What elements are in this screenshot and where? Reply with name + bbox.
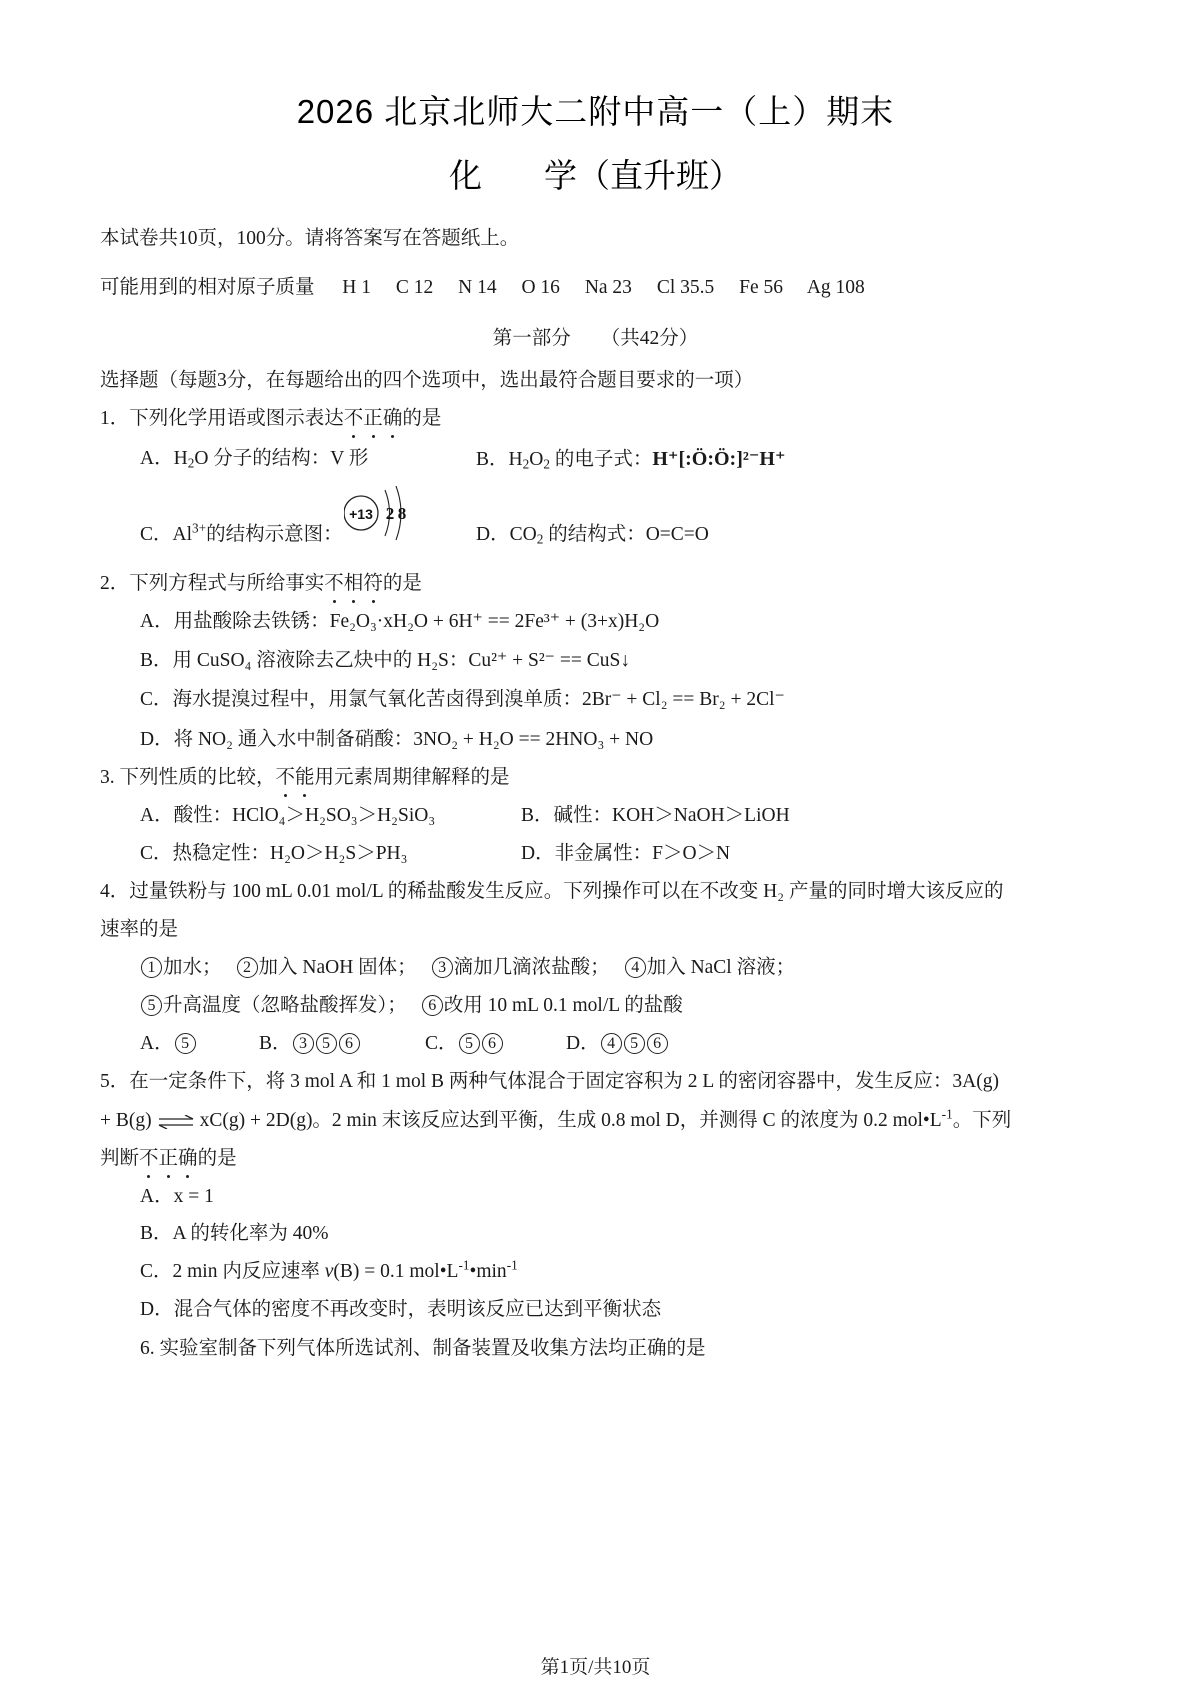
electron-formula: H⁺[:Ö:Ö:]²⁻H⁺	[652, 448, 785, 470]
option-label: B．	[140, 650, 173, 671]
formula-part: O	[529, 449, 543, 470]
option-text: 用 CuSO₄ 溶液除去乙炔中的 H₂S：Cu²⁺ + S²⁻ == CuS↓	[173, 650, 631, 671]
atomic-mass-label: 可能用到的相对原子质量	[100, 277, 315, 298]
emphasis-char: 正	[159, 1146, 179, 1172]
q1-option-d[interactable]: D．CO2 的结构式：O=C=O	[476, 522, 709, 548]
emphasis-char: 不	[324, 571, 344, 597]
stem-text: 下列方程式与所给事实	[129, 573, 324, 594]
circled-number: 5	[316, 1033, 337, 1054]
option-text: 碱性：KOH＞NaOH＞LiOH	[554, 805, 790, 826]
option-label: C．	[140, 524, 173, 545]
emphasis-char: 能	[295, 765, 315, 791]
emphasis-char: 正	[363, 406, 383, 432]
page-indicator: 第1页/共10页	[0, 1652, 1191, 1679]
option-label: B．	[259, 1033, 292, 1054]
operation-text: 加入 NaCl 溶液；	[647, 957, 795, 978]
q3-option-d[interactable]: D．非金属性：F＞O＞N	[521, 841, 730, 867]
option-label: A．	[140, 1033, 174, 1054]
option-text: 非金属性：F＞O＞N	[555, 843, 731, 864]
formula-part: H	[174, 448, 188, 469]
q4-operations-row2: 5升高温度（忽略盐酸挥发）；6改用 10 mL 0.1 mol/L 的盐酸	[140, 993, 683, 1019]
q5-option-a[interactable]: A．x = 1	[140, 1184, 214, 1210]
atomic-mass-c: C 12	[396, 277, 433, 298]
question-1-stem: 1．下列化学用语或图示表达不正确的是	[100, 406, 441, 432]
operation-text: 加入 NaOH 固体；	[259, 957, 417, 978]
option-text: x = 1	[174, 1186, 214, 1207]
emphasis-char: 不	[344, 406, 364, 432]
subject-part2: 学（直升班）	[544, 157, 742, 194]
atomic-mass-na: Na 23	[585, 277, 632, 298]
option-label: A．	[140, 805, 174, 826]
emphasis-char: 确	[383, 406, 403, 432]
svg-text:8: 8	[398, 504, 407, 523]
question-number: 2．	[100, 573, 129, 594]
option-text: 的结构示意图：	[206, 524, 343, 545]
stem-text: + B(g)	[100, 1110, 152, 1131]
question-number: 5．	[100, 1071, 129, 1092]
exam-instructions: 本试卷共10页，100分。请将答案写在答题纸上。	[100, 226, 519, 252]
stem-text: 在一定条件下，将 3 mol A 和 1 mol B 两种气体混合于固定容积为 …	[129, 1071, 999, 1092]
q2-option-b[interactable]: B．用 CuSO₄ 溶液除去乙炔中的 H₂S：Cu²⁺ + S²⁻ == CuS…	[140, 648, 630, 674]
option-text: (B) = 0.1 mol•L	[333, 1261, 458, 1282]
atomic-mass-h: H 1	[342, 277, 371, 298]
option-text: 将 NO₂ 通入水中制备硝酸：3NO₂ + H₂O == 2HNO₃ + NO	[174, 729, 654, 750]
section-instructions: 选择题（每题3分，在每题给出的四个选项中，选出最符合题目要求的一项）	[100, 368, 753, 394]
stem-text: 下列性质的比较，	[120, 767, 276, 788]
operation-text: 升高温度（忽略盐酸挥发）；	[163, 995, 407, 1016]
superscript: -1	[458, 1258, 469, 1273]
circled-number: 1	[141, 957, 162, 978]
option-label: B．	[140, 1223, 173, 1244]
option-text: 用盐酸除去铁锈：Fe₂O₃·xH₂O + 6H⁺ == 2Fe³⁺ + (3+x…	[174, 611, 660, 632]
q4-option-d[interactable]: D．456	[566, 1031, 669, 1057]
circled-number: 2	[237, 957, 258, 978]
q4-option-a[interactable]: A．5	[140, 1031, 197, 1057]
emphasis-char: 不	[139, 1146, 159, 1172]
stem-text: 下列化学用语或图示表达	[129, 408, 344, 429]
equilibrium-arrow-icon	[158, 1115, 194, 1129]
q2-option-a[interactable]: A．用盐酸除去铁锈：Fe₂O₃·xH₂O + 6H⁺ == 2Fe³⁺ + (3…	[140, 609, 659, 635]
question-6-stem: 6. 实验室制备下列气体所选试剂、制备装置及收集方法均正确的是	[140, 1336, 706, 1362]
option-text: 混合气体的密度不再改变时，表明该反应已达到平衡状态	[174, 1299, 662, 1320]
q4-option-b[interactable]: B．356	[259, 1031, 361, 1057]
option-text: 的电子式：	[550, 449, 652, 470]
emphasis-char: 不	[276, 765, 296, 791]
circled-number: 3	[293, 1033, 314, 1054]
q1-option-a[interactable]: A．H2O 分子的结构：V 形	[140, 446, 368, 472]
q2-option-c[interactable]: C．海水提溴过程中，用氯气氧化苦卤得到溴单质：2Br⁻ + Cl₂ == Br₂…	[140, 687, 785, 713]
al-ion-structure-diagram: +13 2 8	[344, 486, 424, 556]
formula-part: CO	[510, 524, 537, 545]
option-label: A．	[140, 448, 174, 469]
q4-option-c[interactable]: C．56	[425, 1031, 504, 1057]
question-number: 6.	[140, 1338, 155, 1359]
emphasis-char: 确	[178, 1146, 198, 1172]
exam-page: 2026 北京北师大二附中高一（上）期末 化学（直升班） 本试卷共10页，100…	[0, 0, 1191, 1684]
stem-text: 的是	[383, 573, 422, 594]
svg-text:2: 2	[386, 504, 395, 523]
option-text: O 分子的结构：V 形	[194, 448, 368, 469]
section-title: 第一部分	[493, 328, 571, 349]
section-points: （共42分）	[601, 328, 699, 349]
circled-number: 5	[175, 1033, 196, 1054]
question-number: 3.	[100, 767, 115, 788]
q4-operations-row1: 1加水；2加入 NaOH 固体；3滴加几滴浓盐酸；4加入 NaCl 溶液；	[140, 955, 795, 981]
subject-title: 化学（直升班）	[0, 150, 1191, 197]
option-text: 酸性：HClO₄＞H₂SO₃＞H₂SiO₃	[174, 805, 436, 826]
nucleus-charge: +13	[349, 506, 373, 522]
circled-number: 5	[459, 1033, 480, 1054]
stem-text: 的是	[402, 408, 441, 429]
exam-title: 2026 北京北师大二附中高一（上）期末	[0, 86, 1191, 133]
circled-number: 3	[432, 957, 453, 978]
atomic-mass-cl: Cl 35.5	[657, 277, 714, 298]
question-5-stem-line2: + B(g)xC(g) + 2D(g)。2 min 末该反应达到平衡，生成 0.…	[100, 1108, 1011, 1134]
superscript: -1	[507, 1258, 518, 1273]
formula-part: H	[509, 449, 523, 470]
question-5-stem-line3: 判断不正确的是	[100, 1146, 237, 1172]
option-label: C．	[140, 843, 173, 864]
circled-number: 5	[141, 995, 162, 1016]
option-text: 海水提溴过程中，用氯气氧化苦卤得到溴单质：2Br⁻ + Cl₂ == Br₂ +…	[173, 689, 785, 710]
stem-text: 用元素周期律解释的是	[315, 767, 510, 788]
q5-option-b[interactable]: B．A 的转化率为 40%	[140, 1221, 329, 1247]
question-5-stem: 5．在一定条件下，将 3 mol A 和 1 mol B 两种气体混合于固定容积…	[100, 1069, 999, 1095]
circled-number: 6	[647, 1033, 668, 1054]
option-label: A．	[140, 1186, 174, 1207]
superscript: -1	[942, 1107, 953, 1122]
option-text: 2 min 内反应速率	[173, 1261, 325, 1282]
option-label: C．	[425, 1033, 458, 1054]
option-label: C．	[140, 689, 173, 710]
stem-text: 判断	[100, 1148, 139, 1169]
option-text: A 的转化率为 40%	[173, 1223, 329, 1244]
atomic-mass-o: O 16	[521, 277, 559, 298]
circled-number: 5	[624, 1033, 645, 1054]
question-4-stem: 4．过量铁粉与 100 mL 0.01 mol/L 的稀盐酸发生反应。下列操作可…	[100, 879, 1003, 905]
stem-text: 过量铁粉与 100 mL 0.01 mol/L 的稀盐酸发生反应。下列操作可以在…	[129, 881, 1003, 902]
option-label: D．	[140, 729, 174, 750]
stem-text: 实验室制备下列气体所选试剂、制备装置及收集方法均正确的是	[160, 1338, 706, 1359]
atomic-mass-n: N 14	[458, 277, 496, 298]
question-2-stem: 2．下列方程式与所给事实不相符的是	[100, 571, 422, 597]
atomic-mass-fe: Fe 56	[739, 277, 783, 298]
section-heading: 第一部分（共42分）	[0, 326, 1191, 352]
option-label: C．	[140, 1261, 173, 1282]
operation-text: 滴加几滴浓盐酸；	[454, 957, 610, 978]
q1-option-c[interactable]: C．Al3+的结构示意图：	[140, 522, 343, 548]
circled-number: 6	[482, 1033, 503, 1054]
circled-number: 6	[339, 1033, 360, 1054]
option-text: 的结构式：O=C=O	[543, 524, 709, 545]
option-label: B．	[521, 805, 554, 826]
stem-text: 。下列	[953, 1110, 1012, 1131]
option-text: 热稳定性：H₂O＞H₂S＞PH₃	[173, 843, 408, 864]
operation-text: 加水；	[163, 957, 222, 978]
emphasis-char: 符	[363, 571, 383, 597]
option-label: D．	[521, 843, 555, 864]
superscript: 3+	[192, 521, 206, 536]
q3-option-b[interactable]: B．碱性：KOH＞NaOH＞LiOH	[521, 803, 790, 829]
option-label: D．	[566, 1033, 600, 1054]
circled-number: 6	[422, 995, 443, 1016]
question-number: 4．	[100, 881, 129, 902]
emphasis-char: 相	[344, 571, 364, 597]
question-4-stem-cont: 速率的是	[100, 917, 178, 943]
subject-part1: 化	[449, 157, 482, 194]
q1-option-b[interactable]: B．H2O2 的电子式：H⁺[:Ö:Ö:]²⁻H⁺	[476, 446, 786, 473]
stem-text: xC(g) + 2D(g)。2 min 末该反应达到平衡，生成 0.8 mol …	[200, 1110, 942, 1131]
stem-text: 的是	[198, 1148, 237, 1169]
option-label: D．	[140, 1299, 174, 1320]
formula-part: Al	[173, 524, 193, 545]
subscript: 2	[543, 456, 550, 471]
option-label: B．	[476, 449, 509, 470]
option-label: D．	[476, 524, 510, 545]
circled-number: 4	[601, 1033, 622, 1054]
option-label: A．	[140, 611, 174, 632]
operation-text: 改用 10 mL 0.1 mol/L 的盐酸	[444, 995, 683, 1016]
question-number: 1．	[100, 408, 129, 429]
question-3-stem: 3. 下列性质的比较，不能用元素周期律解释的是	[100, 765, 510, 791]
atomic-mass-line: 可能用到的相对原子质量 H 1 C 12 N 14 O 16 Na 23 Cl …	[100, 275, 865, 301]
q3-option-c[interactable]: C．热稳定性：H₂O＞H₂S＞PH₃	[140, 841, 407, 867]
circled-number: 4	[625, 957, 646, 978]
q5-option-d[interactable]: D．混合气体的密度不再改变时，表明该反应已达到平衡状态	[140, 1297, 661, 1323]
q3-option-a[interactable]: A．酸性：HClO₄＞H₂SO₃＞H₂SiO₃	[140, 803, 435, 829]
option-text: •min	[470, 1261, 507, 1282]
atomic-mass-ag: Ag 108	[807, 277, 865, 298]
q2-option-d[interactable]: D．将 NO₂ 通入水中制备硝酸：3NO₂ + H₂O == 2HNO₃ + N…	[140, 727, 653, 753]
q5-option-c[interactable]: C．2 min 内反应速率 v(B) = 0.1 mol•L-1•min-1	[140, 1259, 518, 1285]
